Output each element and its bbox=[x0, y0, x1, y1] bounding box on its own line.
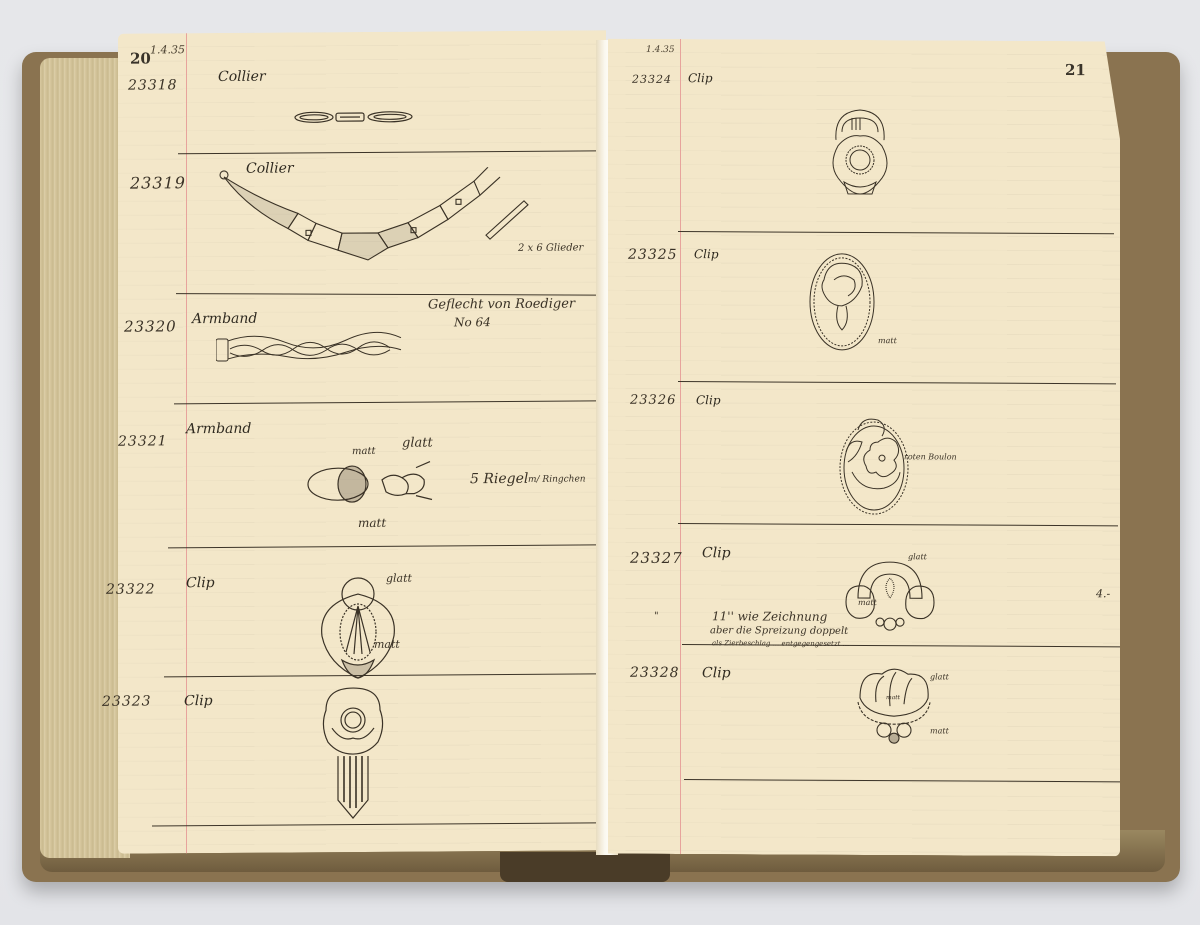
entry-note: 5 Riegel bbox=[470, 471, 528, 487]
entry-number: 23319 bbox=[130, 173, 186, 192]
entry-note: Geflecht von Roediger bbox=[428, 297, 575, 313]
ledger-entry: 23318 Collier bbox=[118, 66, 606, 69]
entry-divider bbox=[168, 544, 596, 548]
entry-note: 11'' wie Zeichnung bbox=[712, 609, 827, 624]
entry-note: matt bbox=[352, 446, 375, 457]
entry-divider bbox=[152, 822, 596, 826]
braided-bracelet-sketch bbox=[216, 326, 406, 367]
ledger-entry: 23322 Clip glatt matt bbox=[118, 548, 606, 551]
entry-number: 23327 bbox=[630, 549, 683, 567]
entry-number: 23324 bbox=[632, 73, 672, 86]
entry-note: No 64 bbox=[454, 315, 491, 329]
ledger-entry: 23320 Armband Geflecht von Roediger No 6… bbox=[118, 296, 606, 299]
entry-type: Clip bbox=[696, 393, 721, 407]
entry-note: matt bbox=[358, 516, 386, 530]
right-page-margin-line bbox=[680, 39, 681, 854]
entry-type: Clip bbox=[702, 665, 731, 681]
collier-chain-sketch bbox=[294, 108, 414, 127]
left-page-date: 1.4.35 bbox=[150, 43, 185, 56]
entry-type: Clip bbox=[688, 71, 713, 85]
ledger-entry: 23327 Clip glatt matt 11'' wie Zeichnung… bbox=[608, 527, 1120, 530]
entry-divider bbox=[176, 293, 596, 295]
clip-rose-oval-sketch bbox=[838, 412, 914, 516]
left-page-margin-line bbox=[186, 33, 187, 853]
entry-type: Clip bbox=[184, 693, 213, 709]
entry-divider bbox=[678, 381, 1116, 384]
entry-number: 23325 bbox=[628, 247, 678, 263]
right-page: 1.4.35 21 23324 Clip 23325 Clip matt bbox=[608, 39, 1120, 857]
entry-note: aber die Spreizung doppelt bbox=[710, 625, 848, 637]
left-page: 20 1.4.35 23318 Collier 23319 Collier bbox=[118, 30, 606, 853]
entry-ditto-mark: " bbox=[654, 611, 659, 622]
ledger-entry: 23328 Clip glatt matt matt bbox=[608, 649, 1120, 652]
left-page-number: 20 bbox=[130, 49, 151, 67]
link-bracelet-sketch bbox=[306, 457, 436, 508]
entry-number: 23328 bbox=[630, 665, 680, 681]
entry-divider bbox=[684, 779, 1126, 782]
entry-number: 23320 bbox=[124, 317, 177, 335]
entry-number: 23322 bbox=[106, 581, 156, 597]
clip-scroll-sketch bbox=[842, 558, 938, 635]
entry-type: Clip bbox=[694, 247, 719, 261]
entry-type: Collier bbox=[218, 69, 266, 85]
ledger-entry: 23324 Clip bbox=[608, 69, 1120, 72]
left-page-stack bbox=[40, 58, 130, 858]
ledger-entry: 23325 Clip matt bbox=[608, 235, 1120, 238]
open-ledger-book: 20 1.4.35 23318 Collier 23319 Collier bbox=[0, 0, 1200, 925]
entry-number: 23323 bbox=[102, 693, 152, 709]
ledger-entry: 23326 Clip roten Boulon bbox=[608, 385, 1120, 388]
entry-type: Clip bbox=[702, 545, 731, 561]
ledger-entry: 23321 Armband matt glatt matt 5 Riegel m… bbox=[118, 404, 606, 407]
entry-number: 23326 bbox=[630, 393, 676, 408]
right-page-number: 21 bbox=[1065, 61, 1086, 79]
entry-note: glatt bbox=[402, 436, 433, 451]
entry-type: Clip bbox=[186, 575, 215, 591]
entry-note: m/ Ringchen bbox=[528, 474, 586, 484]
clip-flower-sketch bbox=[824, 106, 894, 202]
torn-spine bbox=[500, 852, 670, 882]
entry-divider bbox=[174, 400, 596, 404]
clip-shell-sketch bbox=[852, 662, 936, 746]
entry-type: Armband bbox=[186, 421, 251, 437]
entry-note: 2 x 6 Glieder bbox=[518, 242, 583, 253]
clip-oval-swirl-sketch bbox=[808, 250, 878, 354]
collier-necklace-sketch bbox=[218, 167, 538, 269]
entry-divider bbox=[678, 523, 1118, 526]
right-page-date: 1.4.35 bbox=[646, 45, 675, 55]
clip-fringe-sketch bbox=[318, 682, 388, 822]
entry-number: 23321 bbox=[118, 433, 168, 449]
entry-number: 23318 bbox=[128, 77, 178, 93]
clip-brooch-sketch bbox=[318, 574, 398, 685]
entry-note: matt bbox=[878, 336, 897, 345]
entry-type: Armband bbox=[192, 311, 257, 327]
entry-divider bbox=[678, 231, 1114, 234]
entry-divider bbox=[178, 150, 596, 154]
entry-price: 4.- bbox=[1096, 587, 1110, 600]
